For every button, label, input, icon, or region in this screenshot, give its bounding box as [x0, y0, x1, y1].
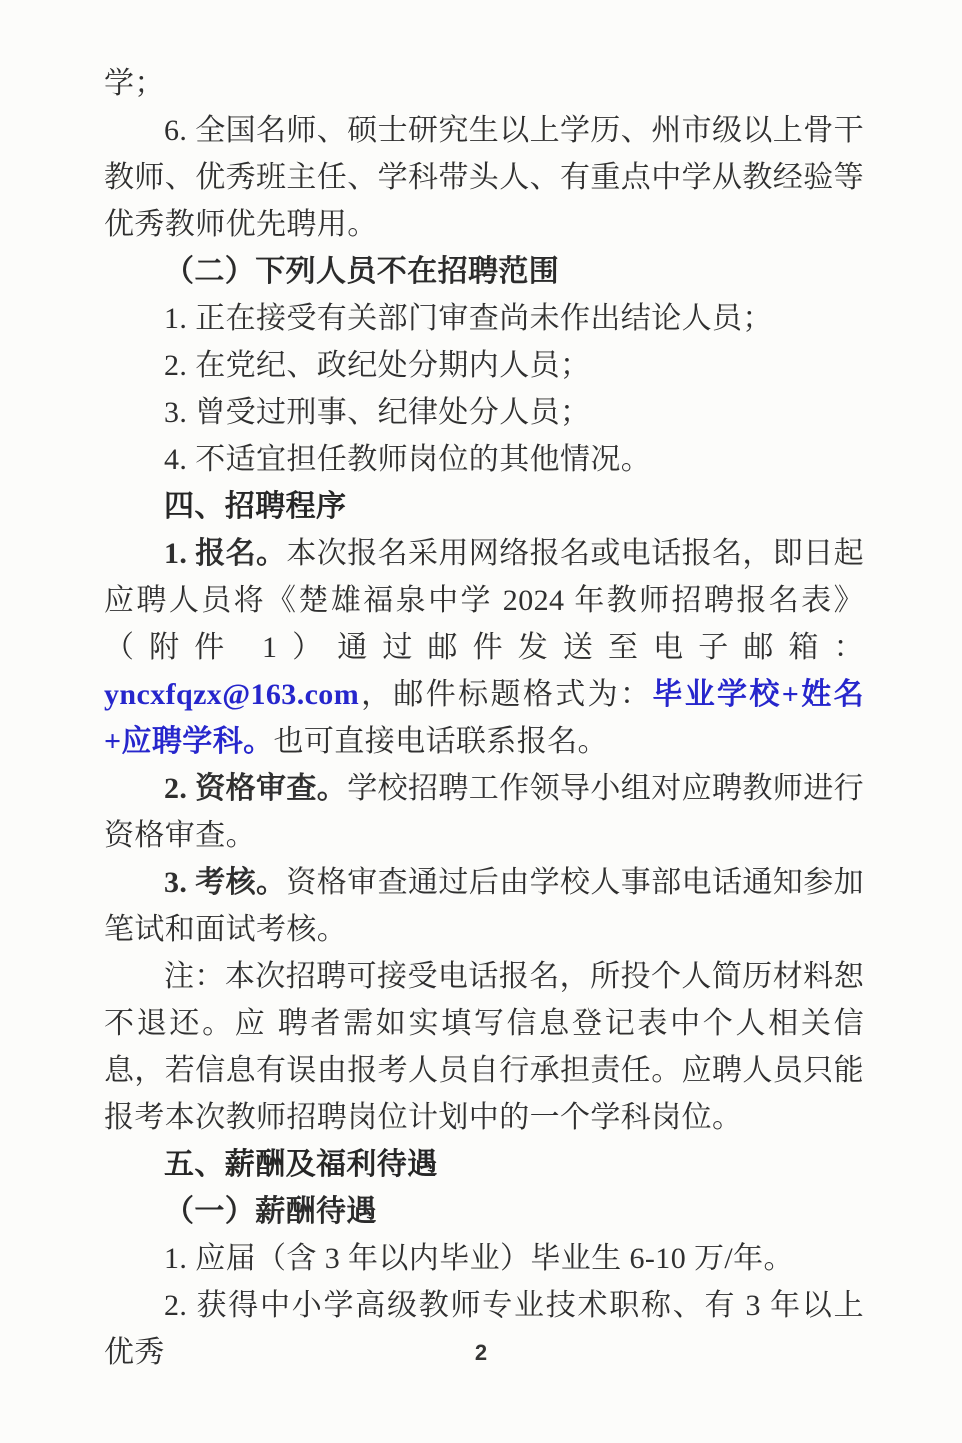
document-body: 学； 6. 全国名师、硕士研究生以上学历、州市级以上骨干教师、优秀班主任、学科带… — [104, 60, 864, 1376]
subheading-excluded-scope: （二）下列人员不在招聘范围 — [104, 248, 864, 295]
run-label-qualification: 2. 资格审查。 — [164, 772, 347, 805]
heading-salary-benefits: 五、薪酬及福利待遇 — [104, 1141, 864, 1188]
text-run: 3. 曾受过刑事、纪律处分人员； — [164, 396, 590, 429]
text-run: （一）薪酬待遇 — [164, 1195, 377, 1228]
para-excluded-3: 3. 曾受过刑事、纪律处分人员； — [104, 389, 864, 436]
text-run: （二）下列人员不在招聘范围 — [164, 255, 559, 288]
para-continuation: 学； — [104, 60, 864, 107]
text-run: 也可直接电话联系报名。 — [274, 725, 608, 758]
text-run: 注：本次招聘可接受电话报名，所投个人简历材料恕不退还。应 聘者需如实填写信息登记… — [104, 960, 864, 1134]
heading-text: 四、招聘程序 — [164, 490, 346, 523]
para-assessment: 3. 考核。资格审查通过后由学校人事部电话通知参加笔试和面试考核。 — [104, 859, 864, 953]
text-run: 6. 全国名师、硕士研究生以上学历、州市级以上骨干教师、优秀班主任、学科带头人、… — [104, 114, 864, 241]
text-run: 学； — [104, 67, 165, 100]
para-note: 注：本次招聘可接受电话报名，所投个人简历材料恕不退还。应 聘者需如实填写信息登记… — [104, 953, 864, 1141]
document-page: 学； 6. 全国名师、硕士研究生以上学历、州市级以上骨干教师、优秀班主任、学科带… — [0, 0, 962, 1443]
para-registration: 1. 报名。本次报名采用网络报名或电话报名，即日起应聘人员将《楚雄福泉中学 20… — [104, 530, 864, 765]
para-excluded-1: 1. 正在接受有关部门审查尚未作出结论人员； — [104, 295, 864, 342]
heading-recruitment-procedure: 四、招聘程序 — [104, 483, 864, 530]
text-run: 4. 不适宜担任教师岗位的其他情况。 — [164, 443, 651, 476]
para-qualification-review: 2. 资格审查。学校招聘工作领导小组对应聘教师进行资格审查。 — [104, 765, 864, 859]
email-text: yncxfqzx@163.com — [104, 678, 359, 711]
para-item-6: 6. 全国名师、硕士研究生以上学历、州市级以上骨干教师、优秀班主任、学科带头人、… — [104, 107, 864, 248]
text-run: 1. 应届（含 3 年以内毕业）毕业生 6-10 万/年。 — [164, 1242, 794, 1275]
text-run: ，邮件标题格式为： — [359, 678, 652, 711]
text-run: 1. 正在接受有关部门审查尚未作出结论人员； — [164, 302, 773, 335]
para-excluded-4: 4. 不适宜担任教师岗位的其他情况。 — [104, 436, 864, 483]
para-salary-1: 1. 应届（含 3 年以内毕业）毕业生 6-10 万/年。 — [104, 1235, 864, 1282]
heading-text: 五、薪酬及福利待遇 — [164, 1148, 438, 1181]
subheading-salary: （一）薪酬待遇 — [104, 1188, 864, 1235]
page-number: 2 — [0, 1340, 962, 1366]
text-run: 2. 在党纪、政纪处分期内人员； — [164, 349, 590, 382]
run-label-assessment: 3. 考核。 — [164, 866, 286, 899]
run-label-registration: 1. 报名。 — [164, 537, 286, 570]
para-excluded-2: 2. 在党纪、政纪处分期内人员； — [104, 342, 864, 389]
